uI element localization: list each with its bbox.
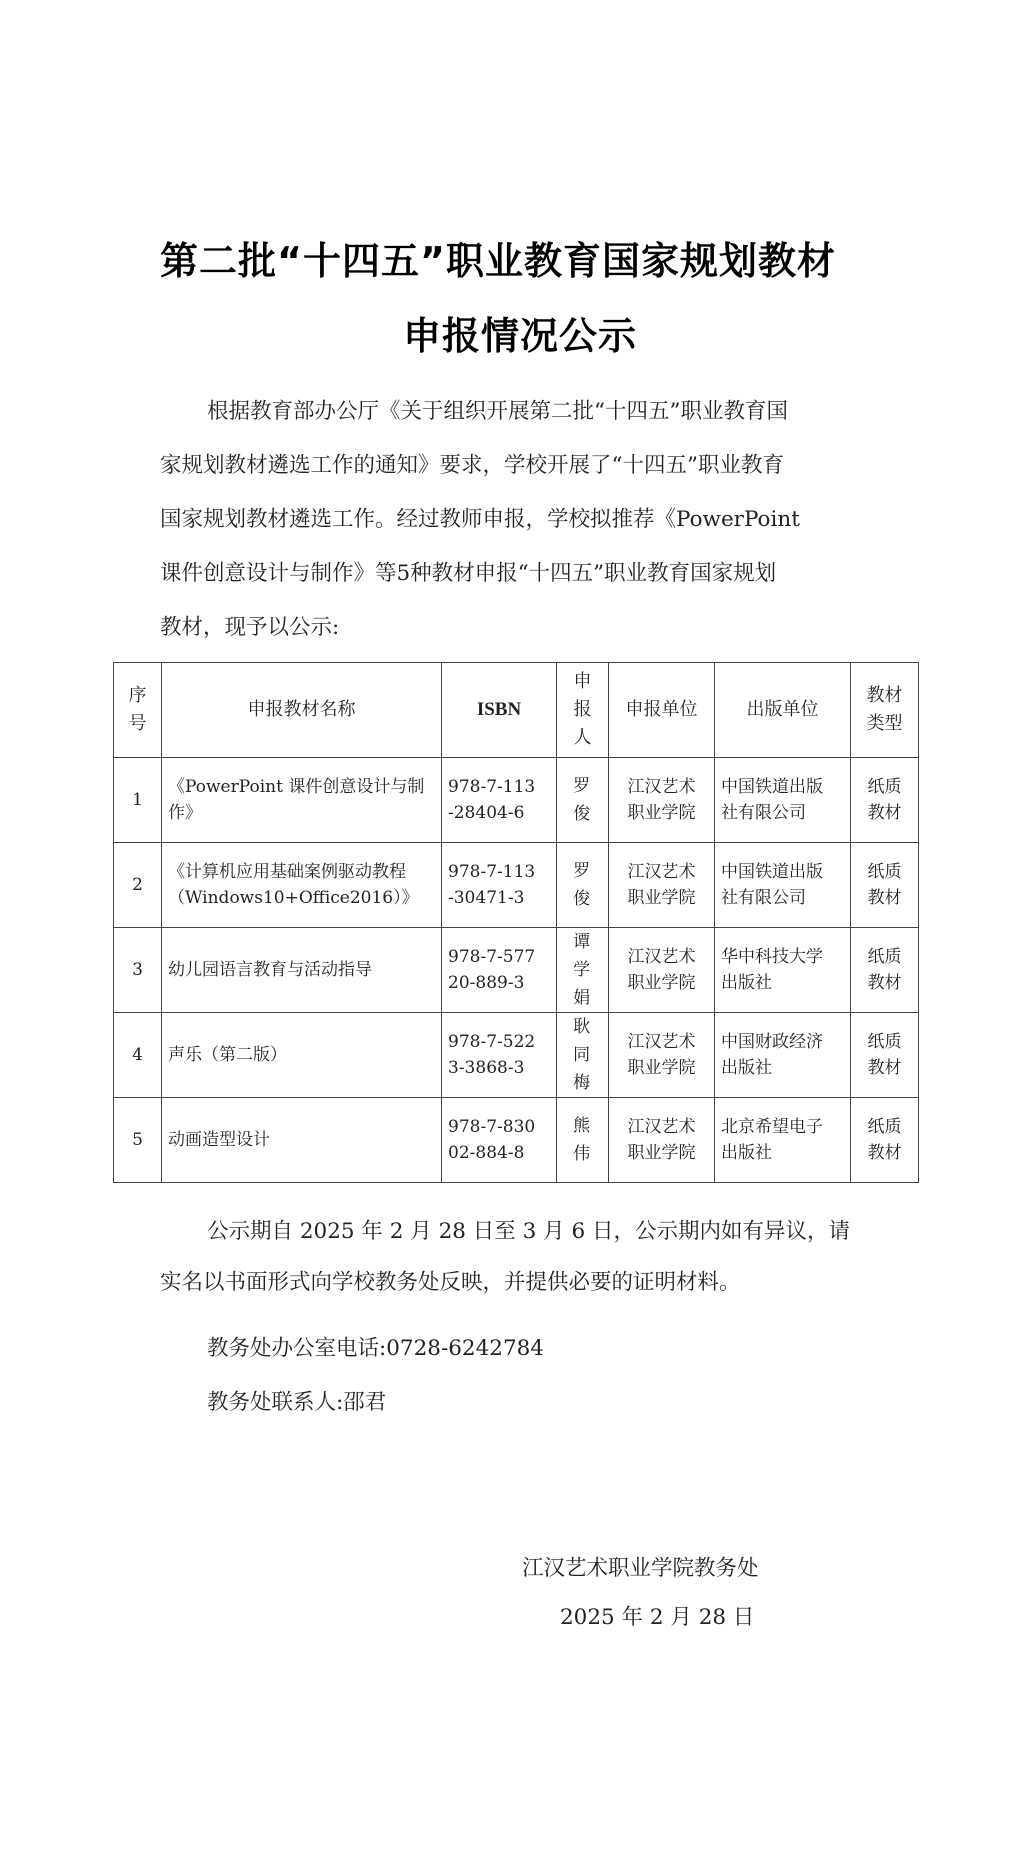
cell-name: 《PowerPoint 课件创意设计与制作》 [162, 758, 442, 843]
cell-name: 动画造型设计 [162, 1098, 442, 1183]
cell-no: 3 [114, 928, 162, 1013]
cell-isbn: 978-7-83002-884-8 [442, 1098, 557, 1183]
notice-line: 公示期自 2025 年 2 月 28 日至 3 月 6 日，公示期内如有异议，请 [207, 1221, 850, 1243]
cell-isbn: 978-7-113-30471-3 [442, 843, 557, 928]
cell-name: 声乐（第二版） [162, 1013, 442, 1098]
table-row: 2 《计算机应用基础案例驱动教程（Windows10+Office2016）》 … [114, 843, 919, 928]
cell-type: 纸质教材 [851, 758, 919, 843]
contact-phone: 教务处办公室电话:0728-6242784 [207, 1338, 544, 1360]
cell-publisher: 中国财政经济出版社 [715, 1013, 851, 1098]
cell-unit: 江汉艺术职业学院 [609, 1098, 715, 1183]
header-isbn: ISBN [442, 663, 557, 758]
cell-applicant: 罗俊 [557, 843, 609, 928]
cell-unit: 江汉艺术职业学院 [609, 758, 715, 843]
intro-line: 根据教育部办公厅《关于组织开展第二批“十四五”职业教育国 [207, 401, 788, 423]
cell-no: 1 [114, 758, 162, 843]
header-unit: 申报单位 [609, 663, 715, 758]
textbook-table: 序号 申报教材名称 ISBN 申报人 申报单位 出版单位 教材类型 1 《Pow… [113, 662, 919, 1183]
cell-type: 纸质教材 [851, 843, 919, 928]
cell-applicant: 谭学娟 [557, 928, 609, 1013]
cell-unit: 江汉艺术职业学院 [609, 1013, 715, 1098]
cell-isbn: 978-7-113-28404-6 [442, 758, 557, 843]
cell-type: 纸质教材 [851, 1098, 919, 1183]
cell-no: 4 [114, 1013, 162, 1098]
document-title-line1: 第二批“十四五”职业教育国家规划教材 [160, 230, 836, 285]
table-header-row: 序号 申报教材名称 ISBN 申报人 申报单位 出版单位 教材类型 [114, 663, 919, 758]
cell-publisher: 华中科技大学出版社 [715, 928, 851, 1013]
cell-unit: 江汉艺术职业学院 [609, 928, 715, 1013]
header-type: 教材类型 [851, 663, 919, 758]
cell-applicant: 熊伟 [557, 1098, 609, 1183]
cell-no: 5 [114, 1098, 162, 1183]
document-title-line2: 申报情况公示 [403, 305, 637, 360]
intro-line: 教材，现予以公示: [160, 617, 339, 639]
intro-line: 国家规划教材遴选工作。经过教师申报，学校拟推荐《PowerPoint [160, 509, 800, 531]
intro-line: 课件创意设计与制作》等5种教材申报“十四五”职业教育国家规划 [160, 563, 776, 585]
header-name: 申报教材名称 [162, 663, 442, 758]
signature-date: 2025 年 2 月 28 日 [560, 1600, 754, 1631]
cell-type: 纸质教材 [851, 1013, 919, 1098]
table-row: 4 声乐（第二版） 978-7-5223-3868-3 耿同梅 江汉艺术职业学院… [114, 1013, 919, 1098]
notice-line: 实名以书面形式向学校教务处反映，并提供必要的证明材料。 [160, 1272, 741, 1294]
header-applicant: 申报人 [557, 663, 609, 758]
table-row: 1 《PowerPoint 课件创意设计与制作》 978-7-113-28404… [114, 758, 919, 843]
contact-person: 教务处联系人:邵君 [207, 1392, 386, 1414]
cell-isbn: 978-7-57720-889-3 [442, 928, 557, 1013]
table-row: 3 幼儿园语言教育与活动指导 978-7-57720-889-3 谭学娟 江汉艺… [114, 928, 919, 1013]
cell-applicant: 罗俊 [557, 758, 609, 843]
cell-name: 幼儿园语言教育与活动指导 [162, 928, 442, 1013]
cell-unit: 江汉艺术职业学院 [609, 843, 715, 928]
header-publisher: 出版单位 [715, 663, 851, 758]
intro-line: 家规划教材遴选工作的通知》要求，学校开展了“十四五”职业教育 [160, 455, 784, 477]
cell-name: 《计算机应用基础案例驱动教程（Windows10+Office2016）》 [162, 843, 442, 928]
cell-publisher: 中国铁道出版社有限公司 [715, 843, 851, 928]
cell-type: 纸质教材 [851, 928, 919, 1013]
signature-org: 江汉艺术职业学院教务处 [522, 1551, 759, 1582]
cell-isbn: 978-7-5223-3868-3 [442, 1013, 557, 1098]
cell-publisher: 中国铁道出版社有限公司 [715, 758, 851, 843]
header-no: 序号 [114, 663, 162, 758]
cell-no: 2 [114, 843, 162, 928]
cell-applicant: 耿同梅 [557, 1013, 609, 1098]
cell-publisher: 北京希望电子出版社 [715, 1098, 851, 1183]
table-row: 5 动画造型设计 978-7-83002-884-8 熊伟 江汉艺术职业学院 北… [114, 1098, 919, 1183]
